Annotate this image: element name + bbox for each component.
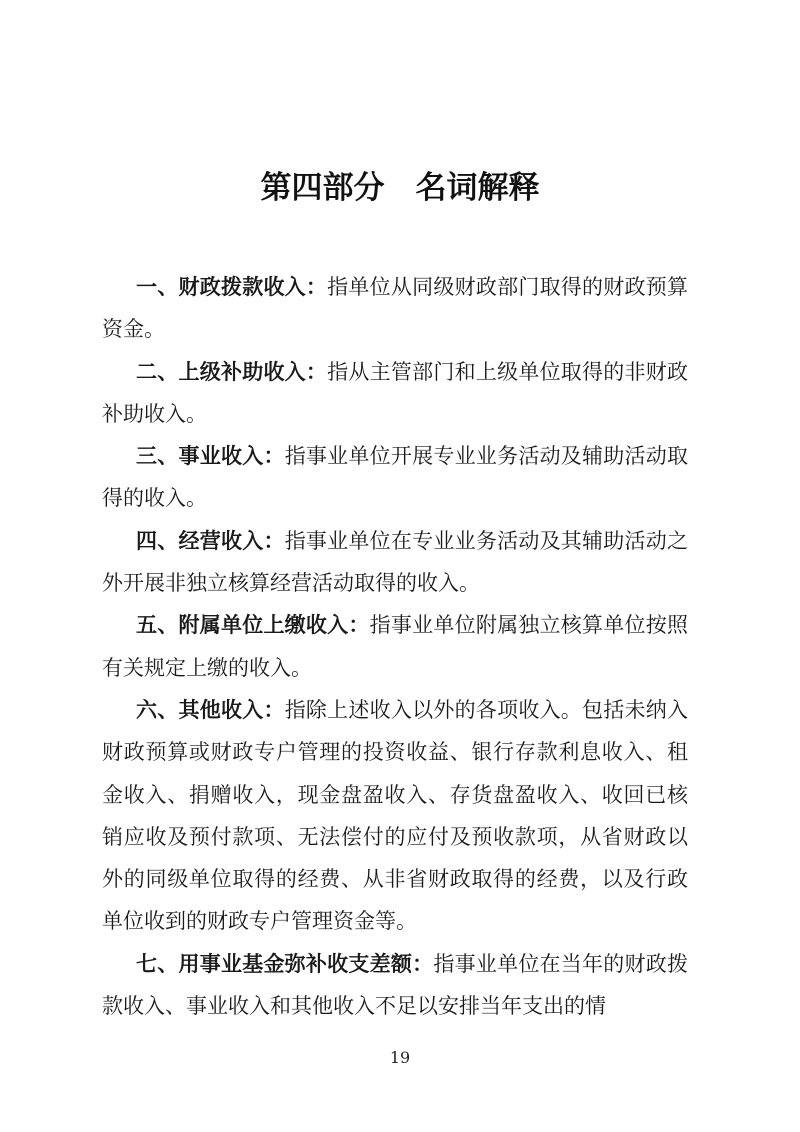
definition-description: 指除上述收入以外的各项收入。包括未纳入财政预算或财政专户管理的投资收益、银行存款…: [102, 698, 688, 933]
definition-paragraph: 三、事业收入：指事业单位开展专业业务活动及辅助活动取得的收入。: [102, 435, 688, 520]
definition-paragraph: 四、经营收入：指事业单位在专业业务活动及其辅助活动之外开展非独立核算经营活动取得…: [102, 520, 688, 605]
definition-term: 七、用事业基金弥补收支差额：: [136, 951, 433, 976]
definition-paragraph: 二、上级补助收入：指从主管部门和上级单位取得的非财政补助收入。: [102, 351, 688, 436]
definition-paragraph: 一、财政拨款收入：指单位从同级财政部门取得的财政预算资金。: [102, 266, 688, 351]
definition-paragraph: 七、用事业基金弥补收支差额：指事业单位在当年的财政拨款收入、事业收入和其他收入不…: [102, 943, 688, 1028]
definition-term: 一、财政拨款收入：: [136, 274, 327, 299]
page-title: 第四部分 名词解释: [0, 0, 800, 207]
definition-paragraph: 六、其他收入：指除上述收入以外的各项收入。包括未纳入财政预算或财政专户管理的投资…: [102, 689, 688, 943]
document-body: 一、财政拨款收入：指单位从同级财政部门取得的财政预算资金。 二、上级补助收入：指…: [102, 266, 688, 1027]
definition-term: 四、经营收入：: [136, 528, 285, 553]
definition-paragraph: 五、附属单位上缴收入：指事业单位附属独立核算单位按照有关规定上缴的收入。: [102, 604, 688, 689]
definition-term: 三、事业收入：: [136, 443, 285, 468]
page-number: 19: [0, 1048, 800, 1067]
definition-term: 六、其他收入：: [136, 697, 285, 722]
definition-term: 五、附属单位上缴收入：: [136, 612, 370, 637]
definition-term: 二、上级补助收入：: [136, 359, 327, 384]
document-page: 第四部分 名词解释 一、财政拨款收入：指单位从同级财政部门取得的财政预算资金。 …: [0, 0, 800, 1132]
